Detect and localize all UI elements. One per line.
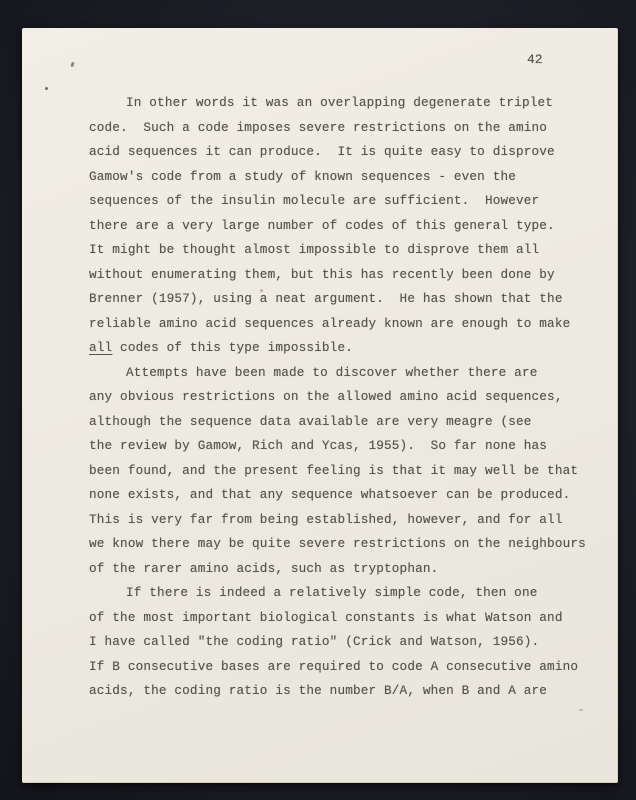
text-line: If B consecutive bases are required to c… xyxy=(89,655,589,680)
text-line: This is very far from being established,… xyxy=(89,508,589,533)
text-line: none exists, and that any sequence whats… xyxy=(89,483,589,508)
text-line: the review by Gamow, Rich and Ycas, 1955… xyxy=(89,434,589,459)
typewritten-text-block: In other words it was an overlapping deg… xyxy=(89,91,589,704)
manuscript-page: 42 In other words it was an overlapping … xyxy=(22,28,618,783)
text-line: we know there may be quite severe restri… xyxy=(89,532,589,557)
text-line: of the most important biological constan… xyxy=(89,606,589,631)
text-line: Gamow's code from a study of known seque… xyxy=(89,165,589,190)
text-line: It might be thought almost impossible to… xyxy=(89,238,589,263)
text-line: In other words it was an overlapping deg… xyxy=(89,91,589,116)
text-line: any obvious restrictions on the allowed … xyxy=(89,385,589,410)
text-line: code. Such a code imposes severe restric… xyxy=(89,116,589,141)
text-line: I have called "the coding ratio" (Crick … xyxy=(89,630,589,655)
text-line: Attempts have been made to discover whet… xyxy=(89,361,589,386)
scan-backdrop: 42 In other words it was an overlapping … xyxy=(0,0,636,800)
page-number: 42 xyxy=(527,52,543,67)
text-line: of the rarer amino acids, such as trypto… xyxy=(89,557,589,582)
text-line: Brenner (1957), using a neat argument. H… xyxy=(89,287,589,312)
underlined-word: all xyxy=(89,340,112,355)
text-line: there are a very large number of codes o… xyxy=(89,214,589,239)
text-line: If there is indeed a relatively simple c… xyxy=(89,581,589,606)
text-line: although the sequence data available are… xyxy=(89,410,589,435)
text-line: without enumerating them, but this has r… xyxy=(89,263,589,288)
text-line-with-underline: all codes of this type impossible. xyxy=(89,336,589,361)
text-line: been found, and the present feeling is t… xyxy=(89,459,589,484)
paper-speck xyxy=(45,87,48,90)
text-line-remainder: codes of this type impossible. xyxy=(112,340,353,355)
text-line: reliable amino acid sequences already kn… xyxy=(89,312,589,337)
paper-speck xyxy=(579,709,583,711)
text-line: acid sequences it can produce. It is qui… xyxy=(89,140,589,165)
text-line: sequences of the insulin molecule are su… xyxy=(89,189,589,214)
paper-speck xyxy=(70,62,75,68)
text-line: acids, the coding ratio is the number B/… xyxy=(89,679,589,704)
